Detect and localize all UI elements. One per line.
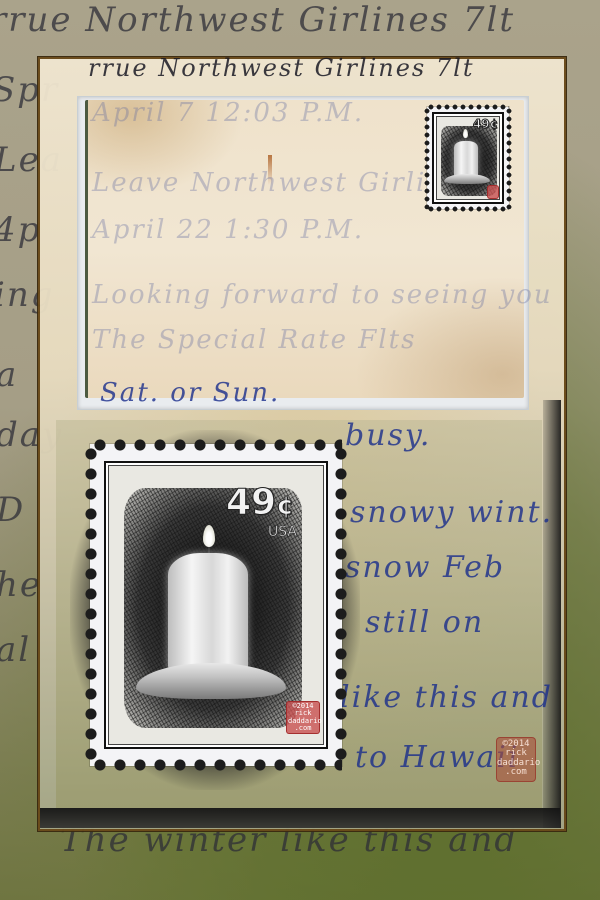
overlay-handwriting-line: to Hawaii xyxy=(355,740,519,775)
perforation xyxy=(90,759,342,771)
copyright-seal xyxy=(487,185,499,199)
bg-handwriting-line: rrue Northwest Girlines 7lt xyxy=(0,0,515,40)
candle-icon xyxy=(454,141,478,177)
perforation xyxy=(424,107,430,209)
denomination-value: 49 xyxy=(226,482,276,523)
overlay-handwriting-line: snowy wint. xyxy=(350,495,553,530)
envelope-handwriting-line: Looking forward to seeing you xyxy=(92,280,553,310)
candle-icon xyxy=(168,553,248,673)
copyright-domain: .com xyxy=(288,725,318,732)
stamp-small: 49¢ xyxy=(427,107,509,209)
copyright-seal: ©2014 rick daddario .com xyxy=(286,701,320,734)
envelope-handwriting-line: Leave Northwest Girlines xyxy=(92,168,478,198)
perforation xyxy=(90,439,342,451)
candle-dish xyxy=(444,174,490,184)
stamp-large: 49¢ USA ©2014 rick daddario .com xyxy=(90,444,342,766)
cent-sign: ¢ xyxy=(276,491,294,521)
bg-handwriting-line: D xyxy=(0,490,25,530)
stamp-denomination: 49¢ xyxy=(473,118,498,130)
bg-handwriting-line: 4p xyxy=(0,210,41,250)
flame-icon xyxy=(463,129,468,138)
overlay-handwriting-line: snow Feb xyxy=(345,550,505,585)
perforation xyxy=(427,104,509,110)
perforation xyxy=(85,444,97,766)
envelope-handwriting-line: Sat. or Sun. xyxy=(100,378,280,408)
bg-handwriting-line: a xyxy=(0,355,18,395)
stamp-artwork: 49¢ xyxy=(432,112,504,204)
perforation xyxy=(506,107,512,209)
frame-shadow-bottom xyxy=(40,808,560,828)
envelope-handwriting-line: April 7 12:03 P.M. xyxy=(92,98,364,128)
overlay-handwriting-line: like this and xyxy=(340,680,553,715)
flame-icon xyxy=(203,525,215,547)
frame-handwriting-top: rrue Northwest Girlines 7lt xyxy=(88,54,474,82)
watermark-domain: .com xyxy=(497,768,535,777)
envelope-handwriting-line: The Special Rate Flts xyxy=(92,325,416,355)
bg-handwriting-line: he xyxy=(0,565,42,605)
frame-shadow-right xyxy=(543,400,561,828)
stamp-country: USA xyxy=(268,525,297,539)
perforation xyxy=(335,444,347,766)
envelope-handwriting-line: April 22 1:30 P.M. xyxy=(92,215,364,245)
bg-handwriting-line: al xyxy=(0,630,31,670)
copyright-watermark: ©2014 rick daddario .com xyxy=(496,737,536,782)
overlay-handwriting-line: still on xyxy=(365,605,484,640)
stamp-denomination: 49¢ xyxy=(226,485,294,521)
stamp-artwork: 49¢ USA ©2014 rick daddario .com xyxy=(104,461,328,749)
perforation xyxy=(427,206,509,212)
